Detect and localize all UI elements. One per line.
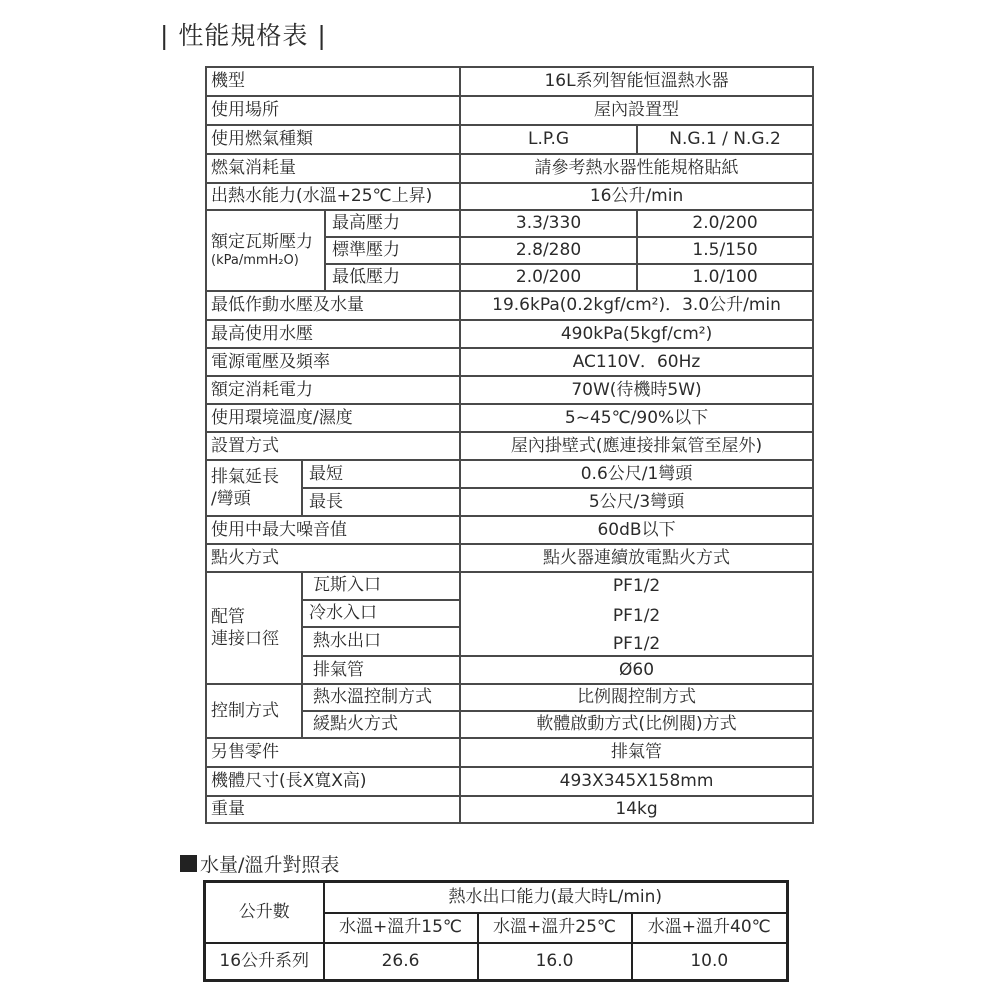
value-min-water-pressure: 19.6kPa(0.2kgf/cm²)．3.0公升/min <box>460 291 813 320</box>
label-noise: 使用中最大噪音值 <box>206 516 460 544</box>
page-title: | 性能規格表 | <box>160 16 327 52</box>
label-control-temp: 熱水溫控制方式 <box>302 684 460 711</box>
label-gas-consumption: 燃氣消耗量 <box>206 154 460 183</box>
value-weight: 14kg <box>460 796 813 823</box>
value-noise: 60dB以下 <box>460 516 813 544</box>
exhaust-title-line2: /彎頭 <box>211 488 297 510</box>
value-pipe-group: PF1/2 PF1/2 PF1/2 <box>460 572 813 656</box>
flow-section-heading: 水量/溫升對照表 <box>180 850 339 877</box>
value-pressure-std-ng: 1.5/150 <box>637 237 813 264</box>
flow-header-row: 公升數 熱水出口能力(最大時L/min) <box>205 882 788 913</box>
table-row-weight: 重量 14kg <box>206 796 813 823</box>
value-ignition: 點火器連續放電點火方式 <box>460 544 813 572</box>
value-pipe-gas: PF1/2 <box>461 573 812 599</box>
label-weight: 重量 <box>206 796 460 823</box>
label-dimensions: 機體尺寸(長X寬X高) <box>206 767 460 796</box>
flow-table: 公升數 熱水出口能力(最大時L/min) 水溫+溫升15℃ 水溫+溫升25℃ 水… <box>203 880 789 982</box>
table-row-dimensions: 機體尺寸(長X寬X高) 493X345X158mm <box>206 767 813 796</box>
label-exhaust-long: 最長 <box>302 488 460 516</box>
label-pipe-gas: 瓦斯入口 <box>302 572 460 600</box>
label-power-consumption: 額定消耗電力 <box>206 376 460 404</box>
value-pipe-cold: PF1/2 <box>461 599 812 627</box>
value-rise-40: 10.0 <box>632 943 788 981</box>
label-ignition: 點火方式 <box>206 544 460 572</box>
value-dimensions: 493X345X158mm <box>460 767 813 796</box>
table-row-gas-pressure-max: 額定瓦斯壓力 (kPa/mmH₂O) 最高壓力 3.3/330 2.0/200 <box>206 210 813 237</box>
value-power-consumption: 70W(待機時5W) <box>460 376 813 404</box>
table-row-gas-consumption: 燃氣消耗量 請參考熱水器性能規格貼紙 <box>206 154 813 183</box>
value-gas-consumption: 請參考熱水器性能規格貼紙 <box>460 154 813 183</box>
label-pressure-min: 最低壓力 <box>325 264 460 291</box>
label-accessories: 另售零件 <box>206 738 460 767</box>
label-control: 控制方式 <box>206 684 302 738</box>
table-row-ignition: 點火方式 點火器連續放電點火方式 <box>206 544 813 572</box>
table-row-noise: 使用中最大噪音值 60dB以下 <box>206 516 813 544</box>
table-row-max-water-pressure: 最高使用水壓 490kPa(5kgf/cm²) <box>206 320 813 348</box>
value-hot-water-capacity: 16公升/min <box>460 183 813 210</box>
value-rise-25: 16.0 <box>478 943 632 981</box>
label-power-supply: 電源電壓及頻率 <box>206 348 460 376</box>
value-max-water-pressure: 490kPa(5kgf/cm²) <box>460 320 813 348</box>
value-pipe-hot: PF1/2 <box>461 627 812 655</box>
table-row-exhaust-short: 排氣延長 /彎頭 最短 0.6公尺/1彎頭 <box>206 460 813 488</box>
value-pressure-std-lpg: 2.8/280 <box>460 237 637 264</box>
header-rise-25: 水溫+溫升25℃ <box>478 913 632 943</box>
label-gas-pressure: 額定瓦斯壓力 (kPa/mmH₂O) <box>206 210 325 291</box>
exhaust-title-line1: 排氣延長 <box>211 466 297 488</box>
table-row-min-water-pressure: 最低作動水壓及水量 19.6kPa(0.2kgf/cm²)．3.0公升/min <box>206 291 813 320</box>
label-environment: 使用環境溫度/濕度 <box>206 404 460 432</box>
table-row-control-temp: 控制方式 熱水溫控制方式 比例閥控制方式 <box>206 684 813 711</box>
label-exhaust-short: 最短 <box>302 460 460 488</box>
spec-table: 機型 16L系列智能恒溫熱水器 使用場所 屋內設置型 使用燃氣種類 L.P.G … <box>205 66 814 824</box>
piping-title-line2: 連接口徑 <box>211 628 297 650</box>
label-pipe-exhaust: 排氣管 <box>302 656 460 684</box>
value-power-supply: AC110V．60Hz <box>460 348 813 376</box>
table-row-location: 使用場所 屋內設置型 <box>206 96 813 125</box>
gas-pressure-title: 額定瓦斯壓力 <box>211 231 320 253</box>
black-square-icon <box>180 855 197 872</box>
value-control-ignition: 軟體啟動方式(比例閥)方式 <box>460 711 813 738</box>
table-row-environment: 使用環境溫度/濕度 5~45℃/90%以下 <box>206 404 813 432</box>
label-hot-water-capacity: 出熱水能力(水溫+25℃上昇) <box>206 183 460 210</box>
value-exhaust-long: 5公尺/3彎頭 <box>460 488 813 516</box>
value-pipe-exhaust: Ø60 <box>460 656 813 684</box>
label-pressure-std: 標準壓力 <box>325 237 460 264</box>
value-control-temp: 比例閥控制方式 <box>460 684 813 711</box>
row-label-16l: 16公升系列 <box>205 943 324 981</box>
label-location: 使用場所 <box>206 96 460 125</box>
value-pressure-min-ng: 1.0/100 <box>637 264 813 291</box>
value-gas-lpg: L.P.G <box>460 125 637 154</box>
header-rise-40: 水溫+溫升40℃ <box>632 913 788 943</box>
header-capacity: 熱水出口能力(最大時L/min) <box>324 882 788 913</box>
value-gas-ng: N.G.1 / N.G.2 <box>637 125 813 154</box>
value-pressure-max-lpg: 3.3/330 <box>460 210 637 237</box>
value-installation: 屋內掛壁式(應連接排氣管至屋外) <box>460 432 813 460</box>
label-installation: 設置方式 <box>206 432 460 460</box>
value-pressure-max-ng: 2.0/200 <box>637 210 813 237</box>
label-pressure-max: 最高壓力 <box>325 210 460 237</box>
table-row-accessories: 另售零件 排氣管 <box>206 738 813 767</box>
label-control-ignition: 緩點火方式 <box>302 711 460 738</box>
value-rise-15: 26.6 <box>324 943 478 981</box>
value-exhaust-short: 0.6公尺/1彎頭 <box>460 460 813 488</box>
table-row: 16公升系列 26.6 16.0 10.0 <box>205 943 788 981</box>
header-liters: 公升數 <box>205 882 324 943</box>
label-pipe-cold: 冷水入口 <box>302 600 460 628</box>
table-row-model: 機型 16L系列智能恒溫熱水器 <box>206 67 813 96</box>
label-pipe-hot: 熱水出口 <box>302 627 460 656</box>
table-row-power-consumption: 額定消耗電力 70W(待機時5W) <box>206 376 813 404</box>
label-exhaust: 排氣延長 /彎頭 <box>206 460 302 516</box>
table-row-power-supply: 電源電壓及頻率 AC110V．60Hz <box>206 348 813 376</box>
label-min-water-pressure: 最低作動水壓及水量 <box>206 291 460 320</box>
value-location: 屋內設置型 <box>460 96 813 125</box>
label-max-water-pressure: 最高使用水壓 <box>206 320 460 348</box>
table-row-gas-type: 使用燃氣種類 L.P.G N.G.1 / N.G.2 <box>206 125 813 154</box>
gas-pressure-unit: (kPa/mmH₂O) <box>211 253 320 270</box>
value-environment: 5~45℃/90%以下 <box>460 404 813 432</box>
header-rise-15: 水溫+溫升15℃ <box>324 913 478 943</box>
table-row-installation: 設置方式 屋內掛壁式(應連接排氣管至屋外) <box>206 432 813 460</box>
value-model: 16L系列智能恒溫熱水器 <box>460 67 813 96</box>
flow-section-title: 水量/溫升對照表 <box>200 850 339 877</box>
table-row-pipe-gas: 配管 連接口徑 瓦斯入口 PF1/2 PF1/2 PF1/2 <box>206 572 813 600</box>
label-gas-type: 使用燃氣種類 <box>206 125 460 154</box>
label-model: 機型 <box>206 67 460 96</box>
value-accessories: 排氣管 <box>460 738 813 767</box>
table-row-hot-water-capacity: 出熱水能力(水溫+25℃上昇) 16公升/min <box>206 183 813 210</box>
label-piping: 配管 連接口徑 <box>206 572 302 684</box>
value-pressure-min-lpg: 2.0/200 <box>460 264 637 291</box>
piping-title-line1: 配管 <box>211 606 297 628</box>
